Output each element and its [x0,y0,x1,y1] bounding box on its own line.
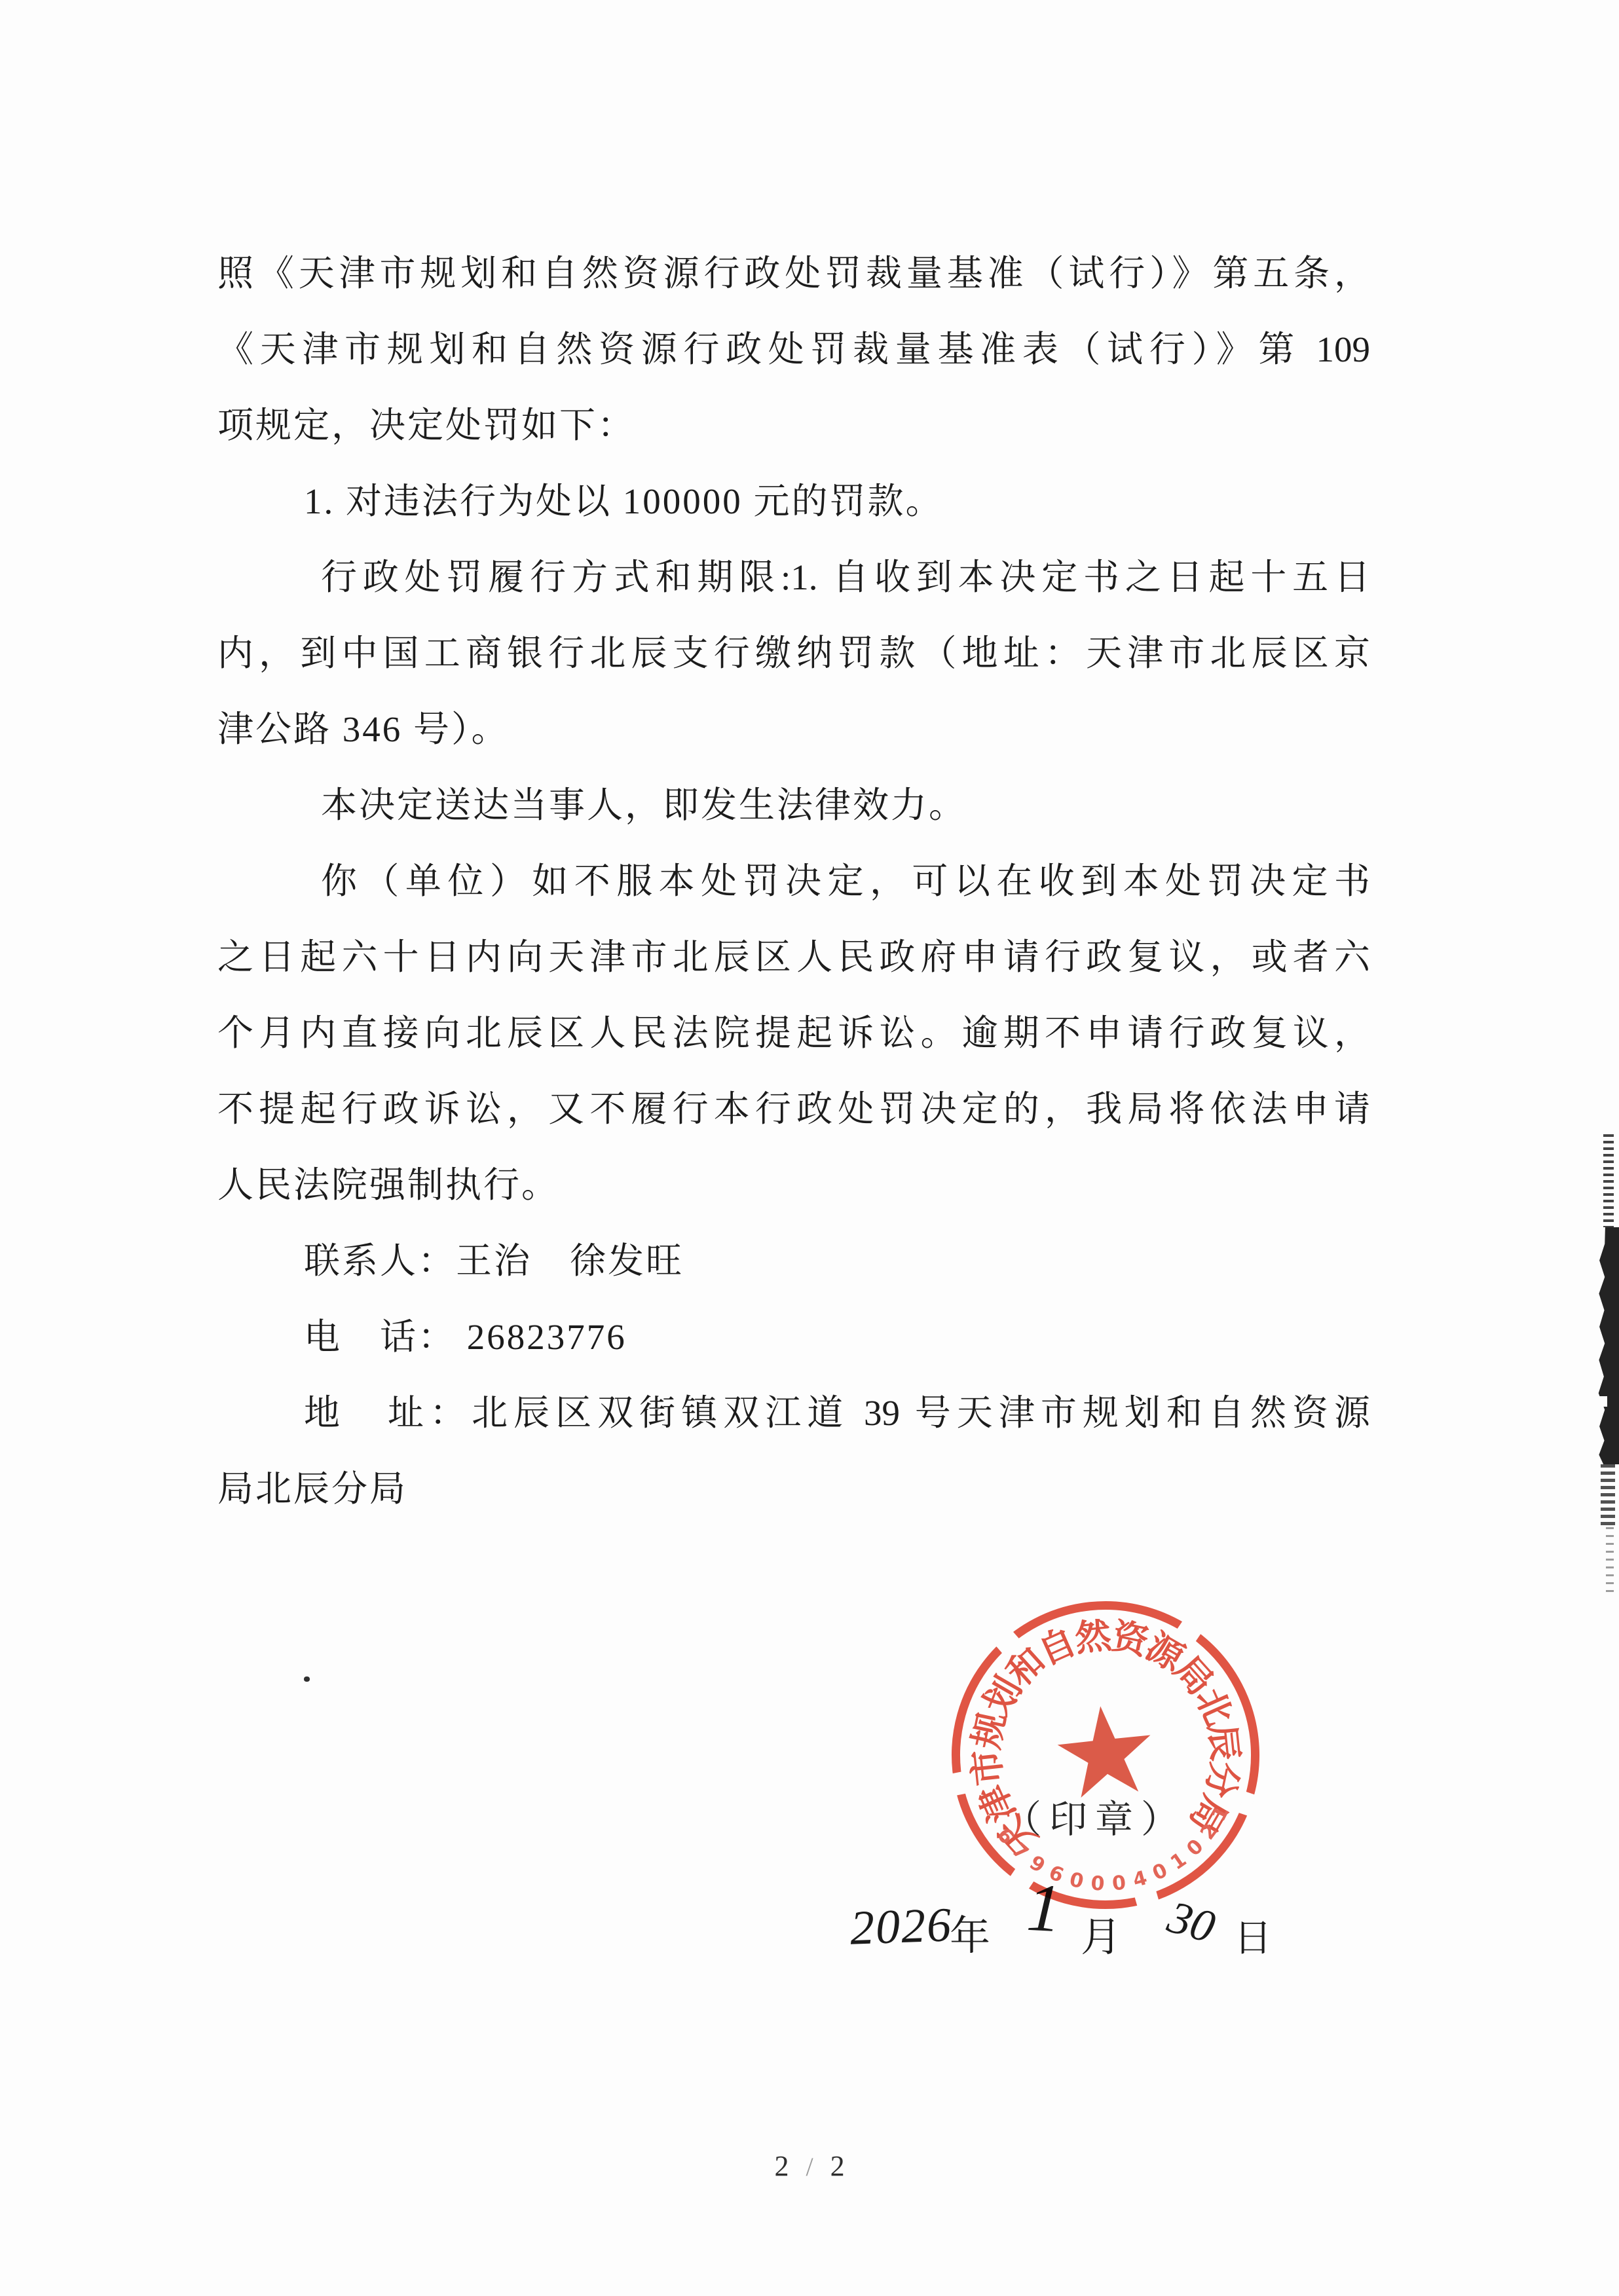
date-month: 1 [1025,1868,1063,1948]
text-line: 人民法院强制执行。 [217,1147,1370,1223]
text-line: 个月内直接向北辰区人民法院提起诉讼。逾期不申请行政复议， [217,995,1370,1071]
smudge-speckle-tail [1606,1527,1614,1597]
page-separator: / [789,2152,830,2181]
text-line: 内，到中国工商银行北辰支行缴纳罚款（地址：天津市北辰区京 [217,616,1370,692]
text-line: 不提起行政诉讼，又不履行本行政处罚决定的，我局将依法申请 [217,1071,1370,1147]
text-line: 本决定送达当事人，即发生法律效力。 [217,768,1370,843]
smudge-speckle-top [1603,1134,1614,1227]
text-line-address: 地 址：北辰区双街镇双江道 39 号天津市规划和自然资源 [217,1375,1370,1451]
text-line: 津公路 346 号）。 [217,692,1370,768]
seal-placeholder-label: （印章） [1003,1788,1187,1843]
ink-speck [304,1676,310,1682]
text-line: 照《天津市规划和自然资源行政处罚裁量基准（试行）》第五条， [217,236,1370,312]
text-line: 你（单位）如不服本处罚决定，可以在收到本处罚决定书 [217,843,1370,919]
text-block: 照《天津市规划和自然资源行政处罚裁量基准（试行）》第五条， 《天津市规划和自然资… [217,236,1370,1527]
text-line-phone: 电 话： 26823776 [217,1299,1370,1375]
document-page: 照《天津市规划和自然资源行政处罚裁量基准（试行）》第五条， 《天津市规划和自然资… [0,0,1619,2296]
scanner-edge-smudge [1597,1134,1619,1597]
text-line-contact-person: 联系人：王治 徐发旺 [217,1223,1370,1299]
text-line: 之日起六十日内向天津市北辰区人民政府申请行政复议，或者六 [217,919,1370,995]
date-month-label: 月 [1081,1904,1121,1963]
date-day: 30 [1162,1891,1220,1954]
seal-arc-char: 市 [957,1747,1012,1788]
smudge-core [1597,1227,1619,1464]
page-current: 2 [774,2150,789,2182]
handwritten-date: 2026 年 1 月 30 日 [850,1881,1302,1986]
date-day-label: 日 [1234,1907,1272,1962]
seal-arc-char: 然 [1072,1606,1113,1661]
text-line: 项规定，决定处罚如下： [217,388,1370,464]
page-total: 2 [830,2150,845,2182]
smudge-notch [1597,1396,1607,1407]
text-line: 行政处罚履行方式和期限:1. 自收到本决定书之日起十五日 [217,540,1370,616]
text-line: 1. 对违法行为处以 100000 元的罚款。 [217,464,1370,540]
smudge-speckle-low [1601,1464,1615,1527]
date-year-label: 年 [950,1903,990,1961]
official-seal-stamp: 天津市规划和自然资源局北辰分局 1201040006976 [937,1586,1275,1925]
seal-arc-char: 辰 [1199,1722,1254,1763]
text-line: 局北辰分局 [217,1451,1370,1527]
page-number: 2/2 [0,2149,1619,2183]
text-line: 《天津市规划和自然资源行政处罚裁量基准表（试行）》第 109 [217,312,1370,388]
date-year: 2026 [849,1897,954,1956]
